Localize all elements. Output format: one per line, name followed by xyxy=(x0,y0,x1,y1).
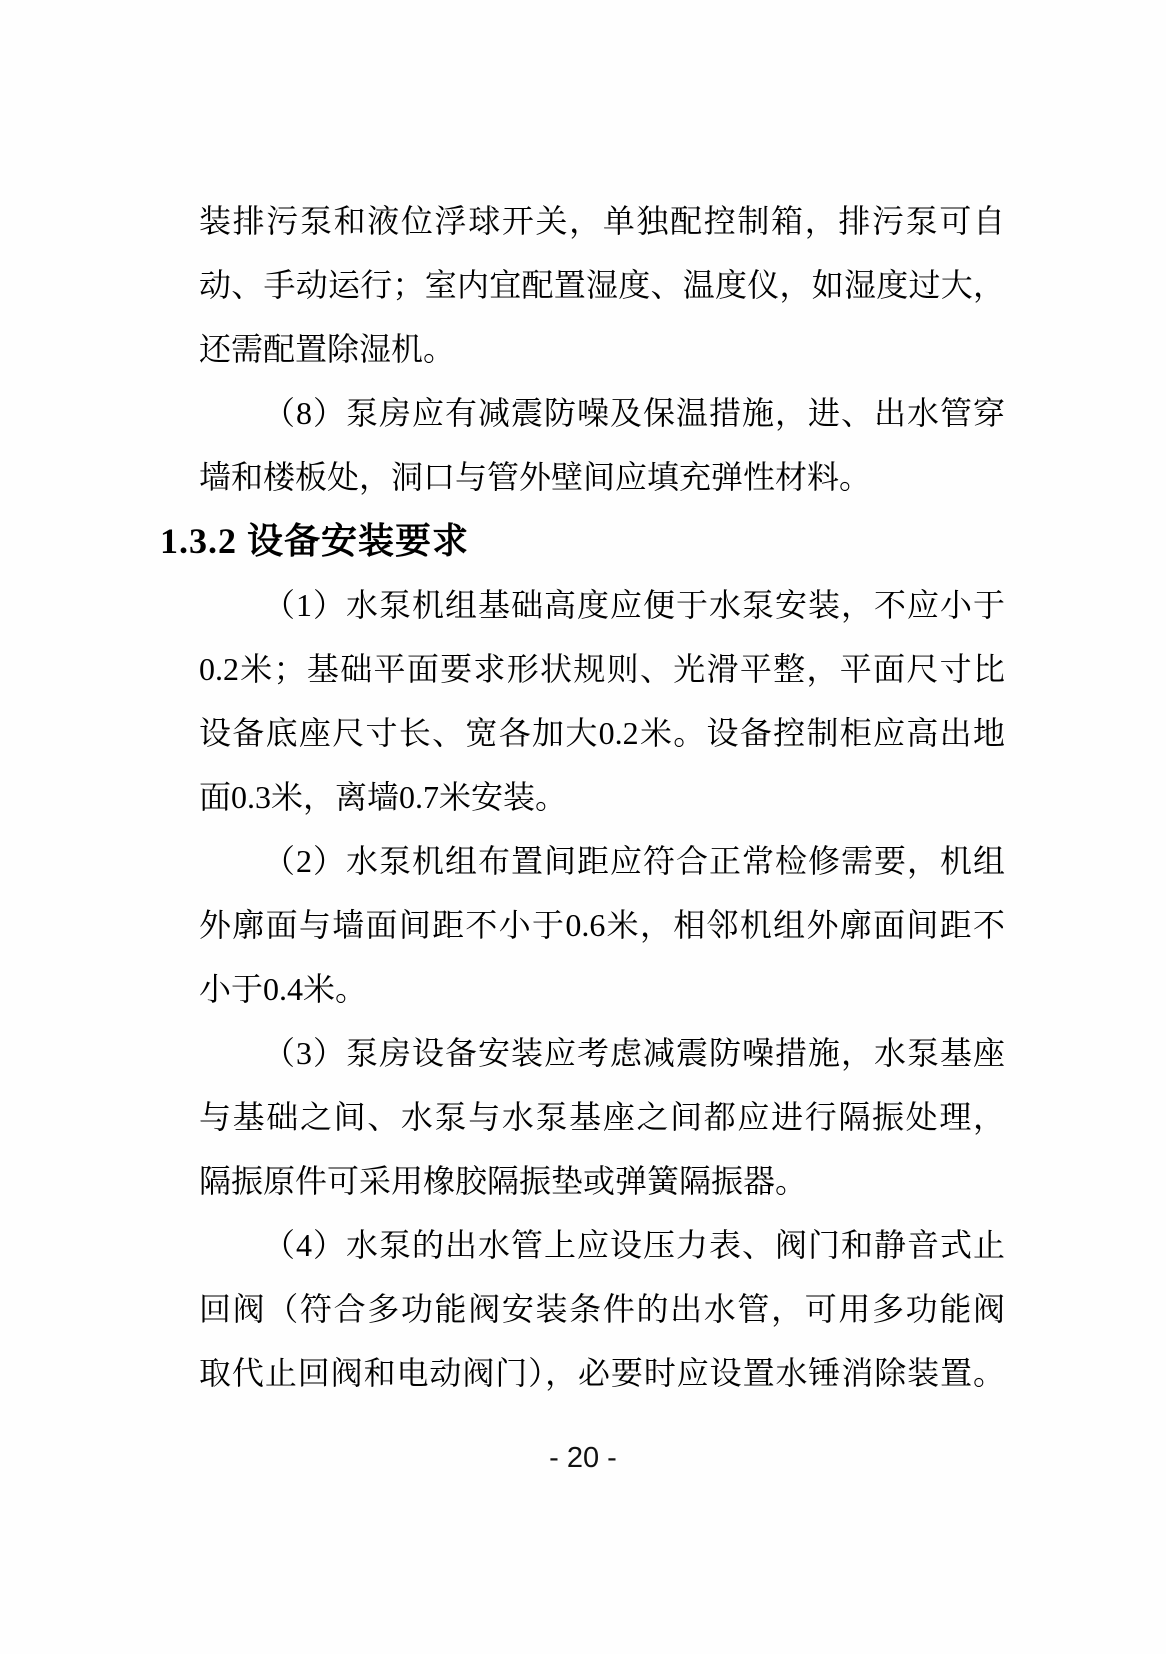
text-line: 面0.3米，离墙0.7米安装。 xyxy=(199,765,1005,829)
text-line: 装排污泵和液位浮球开关，单独配控制箱，排污泵可自 xyxy=(199,189,1005,253)
text-line: 回阀（符合多功能阀安装条件的出水管，可用多功能阀 xyxy=(199,1277,1005,1341)
text-line: 小于0.4米。 xyxy=(199,957,1005,1021)
text-line: （3）泵房设备安装应考虑减震防噪措施，水泵基座 xyxy=(199,1021,1005,1085)
text-line: 动、手动运行；室内宜配置湿度、温度仪，如湿度过大， xyxy=(199,253,1005,317)
text-line: （8）泵房应有减震防噪及保温措施，进、出水管穿 xyxy=(199,381,1005,445)
text-line: （4）水泵的出水管上应设压力表、阀门和静音式止 xyxy=(199,1213,1005,1277)
document-page: 装排污泵和液位浮球开关，单独配控制箱，排污泵可自 动、手动运行；室内宜配置湿度、… xyxy=(0,0,1166,1654)
text-line: 设备底座尺寸长、宽各加大0.2米。设备控制柜应高出地 xyxy=(199,701,1005,765)
text-line: 取代止回阀和电动阀门），必要时应设置水锤消除装置。 xyxy=(199,1341,1005,1405)
text-line: 墙和楼板处，洞口与管外壁间应填充弹性材料。 xyxy=(199,445,1005,509)
text-line: （1）水泵机组基础高度应便于水泵安装，不应小于 xyxy=(199,573,1005,637)
text-line: 外廓面与墙面间距不小于0.6米，相邻机组外廓面间距不 xyxy=(199,893,1005,957)
text-line: （2）水泵机组布置间距应符合正常检修需要，机组 xyxy=(199,829,1005,893)
text-line: 隔振原件可采用橡胶隔振垫或弹簧隔振器。 xyxy=(199,1149,1005,1213)
page-number: - 20 - xyxy=(0,1438,1166,1478)
text-line: 还需配置除湿机。 xyxy=(199,317,1005,381)
text-line: 0.2米；基础平面要求形状规则、光滑平整，平面尺寸比 xyxy=(199,637,1005,701)
section-heading: 1.3.2 设备安装要求 xyxy=(160,509,1005,573)
text-line: 与基础之间、水泵与水泵基座之间都应进行隔振处理， xyxy=(199,1085,1005,1149)
text-block: 装排污泵和液位浮球开关，单独配控制箱，排污泵可自 动、手动运行；室内宜配置湿度、… xyxy=(199,189,1005,1405)
